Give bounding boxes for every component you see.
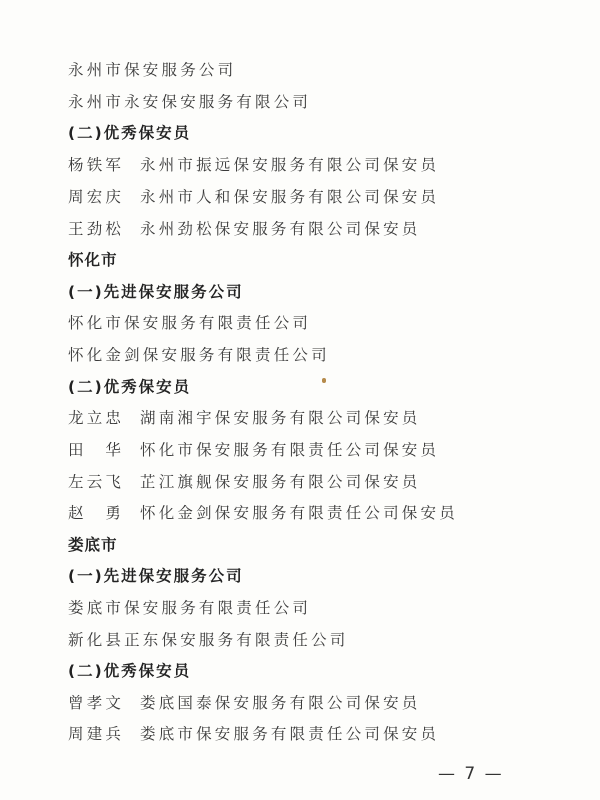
person-entry: 杨铁军永州市振远保安服务有限公司保安员 (68, 155, 439, 175)
person-org: 怀化金剑保安服务有限责任公司保安员 (140, 504, 458, 522)
person-org: 永州劲松保安服务有限公司保安员 (140, 220, 421, 238)
section-heading: (二)优秀保安员 (68, 123, 191, 143)
section-heading: (二)优秀保安员 (68, 377, 191, 397)
city-heading: 娄底市 (68, 535, 118, 555)
person-entry: 周建兵娄底市保安服务有限责任公司保安员 (68, 724, 439, 744)
section-heading: (二)优秀保安员 (68, 661, 191, 681)
person-name: 杨铁军 (68, 155, 140, 175)
person-entry: 曾孝文娄底国泰保安服务有限公司保安员 (68, 693, 421, 713)
person-org: 湖南湘宇保安服务有限公司保安员 (140, 409, 421, 427)
section-heading: (一)先进保安服务公司 (68, 566, 244, 586)
person-entry: 田 华怀化市保安服务有限责任公司保安员 (68, 440, 439, 460)
person-entry: 赵 勇怀化金剑保安服务有限责任公司保安员 (68, 503, 458, 523)
person-org: 芷江旗舰保安服务有限公司保安员 (140, 473, 421, 491)
person-org: 永州市振远保安服务有限公司保安员 (140, 156, 439, 174)
person-name: 曾孝文 (68, 693, 140, 713)
person-org: 娄底市保安服务有限责任公司保安员 (140, 725, 439, 743)
person-entry: 龙立忠湖南湘宇保安服务有限公司保安员 (68, 408, 421, 428)
person-name: 周建兵 (68, 724, 140, 744)
person-entry: 左云飞芷江旗舰保安服务有限公司保安员 (68, 472, 421, 492)
person-name: 左云飞 (68, 472, 140, 492)
company-item: 永州市永安保安服务有限公司 (68, 92, 311, 112)
person-org: 怀化市保安服务有限责任公司保安员 (140, 441, 439, 459)
company-item: 永州市保安服务公司 (68, 60, 236, 80)
company-item: 怀化金剑保安服务有限责任公司 (68, 345, 330, 365)
page-number: — 7 — (438, 764, 504, 784)
person-entry: 周宏庆永州市人和保安服务有限公司保安员 (68, 187, 439, 207)
person-org: 永州市人和保安服务有限公司保安员 (140, 188, 439, 206)
person-entry: 王劲松永州劲松保安服务有限公司保安员 (68, 219, 421, 239)
person-name: 王劲松 (68, 219, 140, 239)
person-org: 娄底国泰保安服务有限公司保安员 (140, 694, 421, 712)
person-name: 周宏庆 (68, 187, 140, 207)
company-item: 怀化市保安服务有限责任公司 (68, 313, 311, 333)
person-name: 田 华 (68, 440, 140, 460)
paper-speck (322, 378, 326, 383)
person-name: 赵 勇 (68, 503, 140, 523)
city-heading: 怀化市 (68, 250, 118, 270)
company-item: 娄底市保安服务有限责任公司 (68, 598, 311, 618)
company-item: 新化县正东保安服务有限责任公司 (68, 630, 349, 650)
person-name: 龙立忠 (68, 408, 140, 428)
section-heading: (一)先进保安服务公司 (68, 282, 244, 302)
